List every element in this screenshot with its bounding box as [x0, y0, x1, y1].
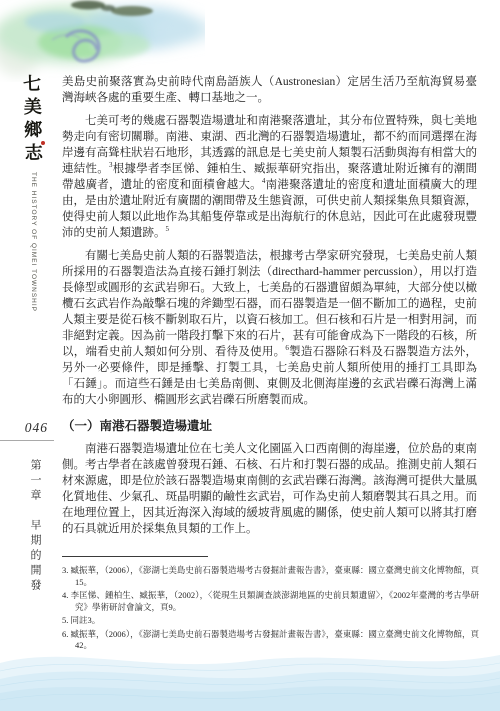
chapter-marker: 第一章 早期的開發	[27, 459, 43, 594]
watercolor-landscape-art	[0, 0, 205, 82]
footnotes-section: 3. 臧振華，（2006），《澎湖七美島史前石器製造場考古發掘計畫報告書》，臺東…	[62, 556, 479, 654]
section-heading: （一）南港石器製造場遺址	[62, 418, 477, 434]
footnote: 4. 李匡悌、鍾柏生、臧振華，（2002），〈從現生貝類調查談澎湖地區的史前貝類…	[62, 590, 479, 613]
body-paragraph: 有關七美島史前人類的石器製造法，根據考古學家研究發現，七美島史前人類所採用的石器…	[62, 248, 477, 408]
book-page: 七美鄉志 THE HISTORY OF QIMEI TOWNSHIP 046 第…	[0, 0, 500, 711]
body-paragraph: 七美可考的幾處石器製造場遺址和南港聚落遺址，其分布位置特殊，與七美地勢走向有密切…	[62, 113, 477, 241]
red-seal-dot	[41, 141, 45, 145]
body-paragraph: 美島史前聚落實為史前時代南島語族人（Austronesian）定居生活乃至航海貿…	[62, 74, 477, 106]
footnote: 6. 臧振華，（2006），《澎湖七美島史前石器製造場考古發掘計畫報告書》，臺東…	[62, 629, 479, 652]
book-title-calligraphy: 七美鄉志	[22, 74, 42, 166]
book-subtitle: THE HISTORY OF QIMEI TOWNSHIP	[30, 172, 37, 312]
footnote-divider	[62, 556, 208, 557]
folio-rule	[0, 440, 54, 441]
footnote-reference: 5	[166, 225, 170, 233]
body-paragraph: 南港石器製造場遺址位在七美人文化園區入口西南側的海崖邊，位於島的東南側。考古學者…	[62, 441, 477, 537]
page-number: 046	[6, 420, 48, 436]
body-blocks: 美島史前聚落實為史前時代南島語族人（Austronesian）定居生活乃至航海貿…	[62, 74, 477, 537]
footnote: 5. 同註3。	[62, 615, 479, 627]
footnote-list: 3. 臧振華，（2006），《澎湖七美島史前石器製造場考古發掘計畫報告書》，臺東…	[62, 565, 479, 652]
footnote: 3. 臧振華，（2006），《澎湖七美島史前石器製造場考古發掘計畫報告書》，臺東…	[62, 565, 479, 588]
